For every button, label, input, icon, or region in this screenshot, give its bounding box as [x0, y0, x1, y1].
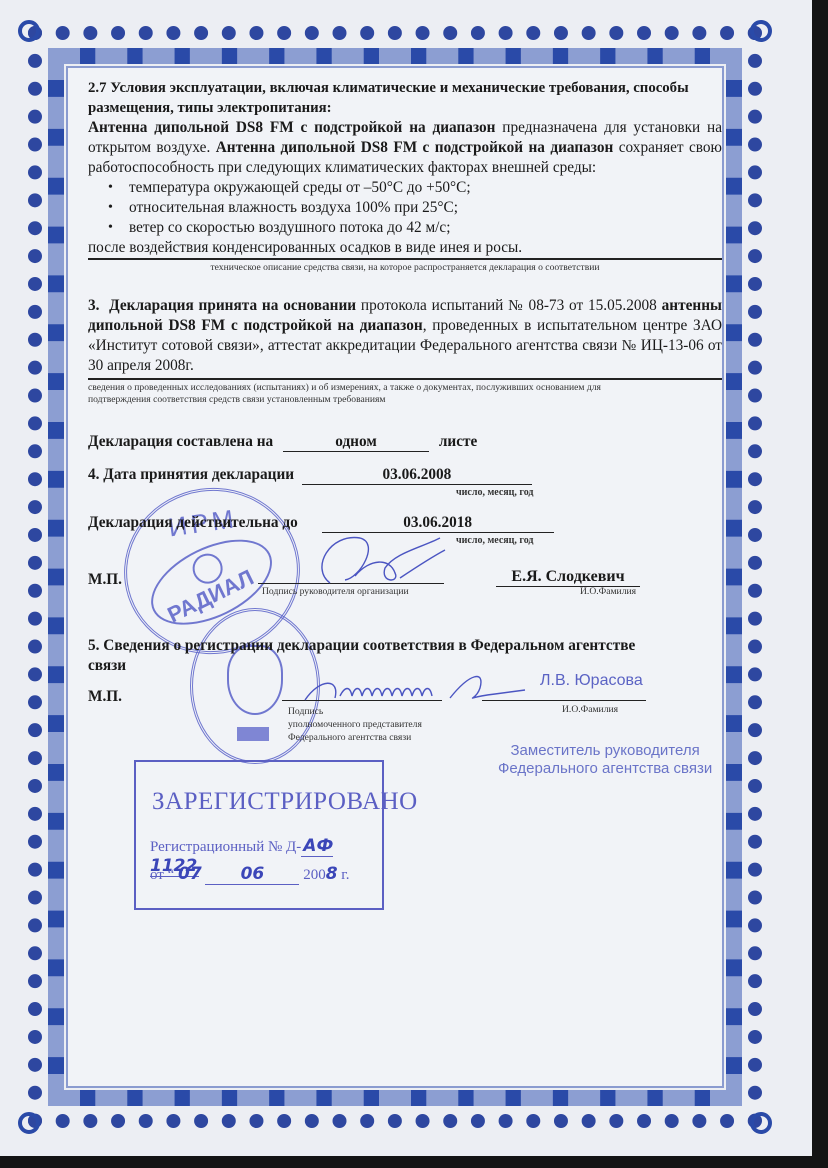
- corner-ornament-icon: [750, 20, 772, 42]
- agency-signature-caption: Подпись уполномоченного представителя Фе…: [288, 705, 422, 744]
- deputy-head-stamp: Заместитель руководителя Федерального аг…: [498, 742, 712, 778]
- agency-name-caption: И.О.Фамилия: [562, 704, 618, 716]
- registration-stamp: ЗАРЕГИСТРИРОВАНО Регистрационный № Д-АФ …: [134, 760, 384, 910]
- document-page: 2.7 Условия эксплуатации, включая климат…: [0, 0, 812, 1156]
- agency-mp-label: М.П.: [88, 688, 122, 706]
- climate-factors-list: температура окружающей среды от –50°С до…: [88, 178, 722, 238]
- list-item: ветер со скоростью воздушного потока до …: [110, 218, 722, 238]
- section-3: 3. Декларация принята на основании прото…: [88, 296, 722, 376]
- sheets-count-value: одном: [283, 433, 429, 452]
- org-head-name: Е.Я. Слодкевич: [496, 568, 640, 587]
- corner-ornament-icon: [18, 20, 40, 42]
- org-signature-caption: Подпись руководителя организации: [262, 586, 409, 598]
- section-3-caption: сведения о проведенных исследованиях (ис…: [88, 382, 722, 406]
- section-4-row: 4. Дата принятия декларации 03.06.2008: [88, 466, 532, 485]
- org-mp-label: М.П.: [88, 571, 122, 589]
- section-2-7: 2.7 Условия эксплуатации, включая климат…: [88, 78, 722, 406]
- divider: [88, 378, 722, 380]
- seal-mark: [237, 727, 269, 741]
- org-signature-icon: [300, 528, 450, 592]
- acceptance-date-caption: число, месяц, год: [456, 487, 534, 499]
- section-2-7-heading: 2.7 Условия эксплуатации, включая климат…: [88, 78, 722, 118]
- agency-name-line: [482, 700, 646, 701]
- org-head-name-caption: И.О.Фамилия: [580, 586, 636, 598]
- section-2-7-closing: после воздействия конденсированных осадк…: [88, 238, 722, 260]
- corner-ornament-icon: [18, 1112, 40, 1134]
- list-item: относительная влажность воздуха 100% при…: [110, 198, 722, 218]
- acceptance-date-value: 03.06.2008: [302, 466, 532, 485]
- registration-date-row: от “ 07 06 2008 г.: [150, 864, 350, 885]
- agency-signature-icon: [300, 668, 530, 708]
- valid-until-caption: число, месяц, год: [456, 535, 534, 547]
- registration-month: 06: [205, 864, 299, 885]
- corner-ornament-icon: [750, 1112, 772, 1134]
- section-2-7-caption: техническое описание средства связи, на …: [88, 262, 722, 274]
- section-2-7-paragraph: Антенна дипольной DS8 FM с подстройкой н…: [88, 118, 722, 178]
- agency-representative-name: Л.В. Юрасова: [540, 672, 643, 690]
- registration-day: 07: [178, 864, 202, 884]
- sheets-count-row: Декларация составлена на одном листе: [88, 433, 477, 452]
- list-item: температура окружающей среды от –50°С до…: [110, 178, 722, 198]
